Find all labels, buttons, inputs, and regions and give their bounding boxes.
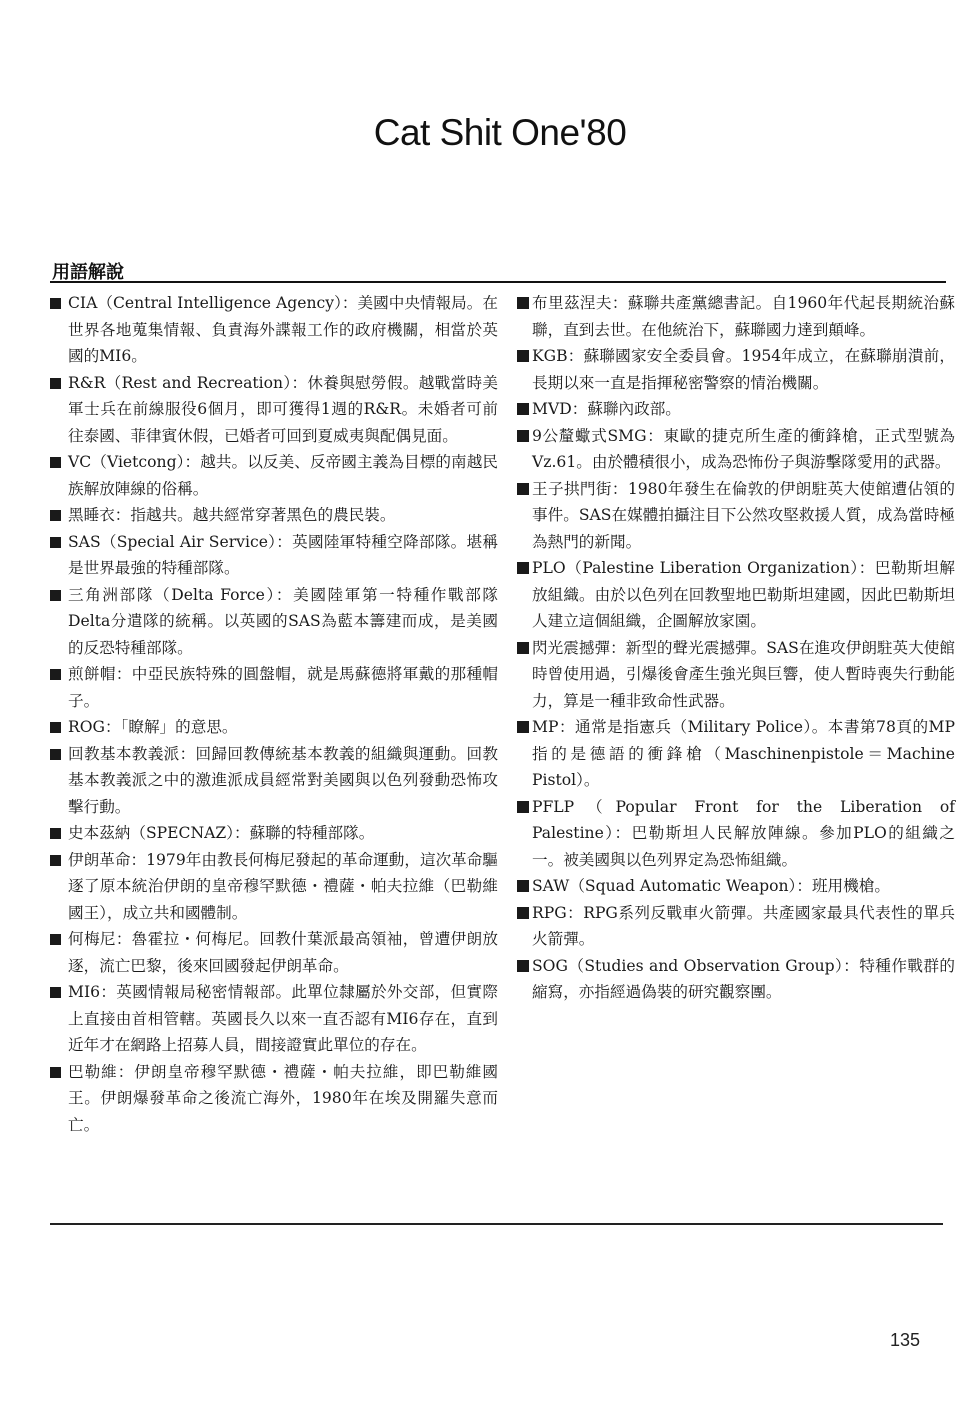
square-bullet-icon (50, 934, 61, 945)
entry-text: 伊朗革命：1979年由教長何梅尼發起的革命運動，這次革命驅逐了原本統治伊朗的皇帝… (68, 851, 498, 922)
entry-text: 三角洲部隊（Delta Force）：美國陸軍第一特種作戰部隊Delta分遣隊的… (68, 586, 498, 657)
entry-text: 黑睡衣：指越共。越共經常穿著黑色的農民裝。 (68, 506, 395, 524)
entry-text: MVD：蘇聯內政部。 (532, 400, 681, 418)
entry-text: KGB：蘇聯國家安全委員會。1954年成立，在蘇聯崩潰前，長期以來一直是指揮秘密… (532, 347, 955, 392)
entry-text: SOG（Studies and Observation Group）：特種作戰群… (532, 957, 955, 1002)
footer-divider (50, 1223, 943, 1225)
glossary-entry-mp: MP：通常是指憲兵（Military Police）。本書第78頁的MP指的是德… (517, 714, 955, 794)
entry-text: ROG：「瞭解」的意思。 (68, 718, 238, 736)
glossary-entry-rog: ROG：「瞭解」的意思。 (50, 714, 498, 741)
square-bullet-icon (50, 828, 61, 839)
glossary-entry-rr: R&R（Rest and Recreation）：休養與慰勞假。越戰當時美軍士兵… (50, 370, 498, 450)
glossary-entry-plo: PLO（Palestine Liberation Organization）：巴… (517, 555, 955, 635)
square-bullet-icon (517, 642, 529, 654)
glossary-right-column: 布里茲涅夫：蘇聯共產黨總書記。自1960年代起長期統治蘇聯，直到去世。在他統治下… (517, 290, 955, 1006)
entry-text: PFLP（Popular Front for the Liberation of… (532, 798, 955, 869)
glossary-entry-kgb: KGB：蘇聯國家安全委員會。1954年成立，在蘇聯崩潰前，長期以來一直是指揮秘密… (517, 343, 955, 396)
glossary-entry-iranian-revolution: 伊朗革命：1979年由教長何梅尼發起的革命運動，這次革命驅逐了原本統治伊朗的皇帝… (50, 847, 498, 927)
square-bullet-icon (517, 880, 529, 892)
glossary-entry-rpg: RPG：RPG系列反戰車火箭彈。共產國家最具代表性的單兵火箭彈。 (517, 900, 955, 953)
square-bullet-icon (517, 907, 529, 919)
glossary-entry-fundamentalism: 回教基本教義派：回歸回教傳統基本教義的組織與運動。回教基本教義派之中的激進派成員… (50, 741, 498, 821)
glossary-entry-mi6: MI6：英國情報局秘密情報部。此單位隸屬於外交部，但實際上直接由首相管轄。英國長… (50, 979, 498, 1059)
square-bullet-icon (517, 721, 529, 733)
square-bullet-icon (517, 430, 529, 442)
square-bullet-icon (517, 562, 529, 574)
square-bullet-icon (517, 403, 529, 415)
glossary-entry-stun-grenade: 閃光震撼彈：新型的聲光震撼彈。SAS在進攻伊朗駐英大使館時曾使用過，引爆後會產生… (517, 635, 955, 715)
entry-text: VC（Vietcong）：越共。以反美、反帝國主義為目標的南越民族解放陣線的俗稱… (68, 453, 498, 498)
glossary-entry-sas: SAS（Special Air Service）：英國陸軍特種空降部隊。堪稱是世… (50, 529, 498, 582)
glossary-entry-mvd: MVD：蘇聯內政部。 (517, 396, 955, 423)
glossary-entry-pakol-hat: 煎餅帽：中亞民族特殊的圓盤帽，就是馬蘇德將軍戴的那種帽子。 (50, 661, 498, 714)
entry-text: 回教基本教義派：回歸回教傳統基本教義的組織與運動。回教基本教義派之中的激進派成員… (68, 745, 498, 816)
square-bullet-icon (50, 298, 61, 309)
square-bullet-icon (50, 537, 61, 548)
square-bullet-icon (50, 669, 61, 680)
entry-text: 布里茲涅夫：蘇聯共產黨總書記。自1960年代起長期統治蘇聯，直到去世。在他統治下… (532, 294, 955, 339)
glossary-entry-pflp: PFLP（Popular Front for the Liberation of… (517, 794, 955, 874)
square-bullet-icon (517, 960, 529, 972)
glossary-entry-princes-gate: 王子拱門街：1980年發生在倫敦的伊朗駐英大使館遭佔領的事件。SAS在媒體拍攝注… (517, 476, 955, 556)
glossary-entry-brezhnev: 布里茲涅夫：蘇聯共產黨總書記。自1960年代起長期統治蘇聯，直到去世。在他統治下… (517, 290, 955, 343)
square-bullet-icon (50, 987, 61, 998)
square-bullet-icon (50, 749, 61, 760)
entry-text: SAW（Squad Automatic Weapon）：班用機槍。 (532, 877, 890, 895)
glossary-entry-vc: VC（Vietcong）：越共。以反美、反帝國主義為目標的南越民族解放陣線的俗稱… (50, 449, 498, 502)
glossary-entry-saw: SAW（Squad Automatic Weapon）：班用機槍。 (517, 873, 955, 900)
square-bullet-icon (517, 350, 529, 362)
square-bullet-icon (517, 801, 529, 813)
square-bullet-icon (50, 855, 61, 866)
entry-text: 閃光震撼彈：新型的聲光震撼彈。SAS在進攻伊朗駐英大使館時曾使用過，引爆後會產生… (532, 639, 955, 710)
glossary-entry-pahlavi: 巴勒維：伊朗皇帝穆罕默德・禮薩・帕夫拉維，即巴勒維國王。伊朗爆發革命之後流亡海外… (50, 1059, 498, 1139)
glossary-entry-delta-force: 三角洲部隊（Delta Force）：美國陸軍第一特種作戰部隊Delta分遣隊的… (50, 582, 498, 662)
page-number: 135 (890, 1330, 920, 1351)
square-bullet-icon (50, 590, 61, 601)
square-bullet-icon (517, 483, 529, 495)
glossary-entry-sog: SOG（Studies and Observation Group）：特種作戰群… (517, 953, 955, 1006)
entry-text: PLO（Palestine Liberation Organization）：巴… (532, 559, 955, 630)
glossary-entry-black-pajamas: 黑睡衣：指越共。越共經常穿著黑色的農民裝。 (50, 502, 498, 529)
entry-text: SAS（Special Air Service）：英國陸軍特種空降部隊。堪稱是世… (68, 533, 498, 578)
heading-divider (50, 281, 946, 283)
entry-text: MI6：英國情報局秘密情報部。此單位隸屬於外交部，但實際上直接由首相管轄。英國長… (68, 983, 498, 1054)
entry-text: 王子拱門街：1980年發生在倫敦的伊朗駐英大使館遭佔領的事件。SAS在媒體拍攝注… (532, 480, 955, 551)
glossary-entry-khomeini: 何梅尼：魯霍拉・何梅尼。回教什葉派最高領袖，曾遭伊朗放逐，流亡巴黎，後來回國發起… (50, 926, 498, 979)
entry-text: 史本茲納（SPECNAZ）：蘇聯的特種部隊。 (68, 824, 374, 842)
page-title: Cat Shit One'80 (0, 112, 980, 154)
entry-text: 何梅尼：魯霍拉・何梅尼。回教什葉派最高領袖，曾遭伊朗放逐，流亡巴黎，後來回國發起… (68, 930, 498, 975)
entry-text: RPG：RPG系列反戰車火箭彈。共產國家最具代表性的單兵火箭彈。 (532, 904, 955, 949)
square-bullet-icon (50, 510, 61, 521)
square-bullet-icon (50, 457, 61, 468)
glossary-left-column: CIA（Central Intelligence Agency）：美國中央情報局… (50, 290, 498, 1138)
glossary-entry-scorpion-smg: 9公釐蠍式SMG：東歐的捷克所生產的衝鋒槍，正式型號為Vz.61。由於體積很小，… (517, 423, 955, 476)
square-bullet-icon (50, 1067, 61, 1078)
entry-text: MP：通常是指憲兵（Military Police）。本書第78頁的MP指的是德… (532, 718, 955, 789)
square-bullet-icon (50, 722, 61, 733)
entry-text: 巴勒維：伊朗皇帝穆罕默德・禮薩・帕夫拉維，即巴勒維國王。伊朗爆發革命之後流亡海外… (68, 1063, 498, 1134)
square-bullet-icon (517, 297, 529, 309)
entry-text: CIA（Central Intelligence Agency）：美國中央情報局… (68, 294, 498, 365)
glossary-entry-spetsnaz: 史本茲納（SPECNAZ）：蘇聯的特種部隊。 (50, 820, 498, 847)
glossary-entry-cia: CIA（Central Intelligence Agency）：美國中央情報局… (50, 290, 498, 370)
entry-text: 煎餅帽：中亞民族特殊的圓盤帽，就是馬蘇德將軍戴的那種帽子。 (68, 665, 498, 710)
square-bullet-icon (50, 378, 61, 389)
entry-text: 9公釐蠍式SMG：東歐的捷克所生產的衝鋒槍，正式型號為Vz.61。由於體積很小，… (532, 427, 955, 472)
entry-text: R&R（Rest and Recreation）：休養與慰勞假。越戰當時美軍士兵… (68, 374, 498, 445)
